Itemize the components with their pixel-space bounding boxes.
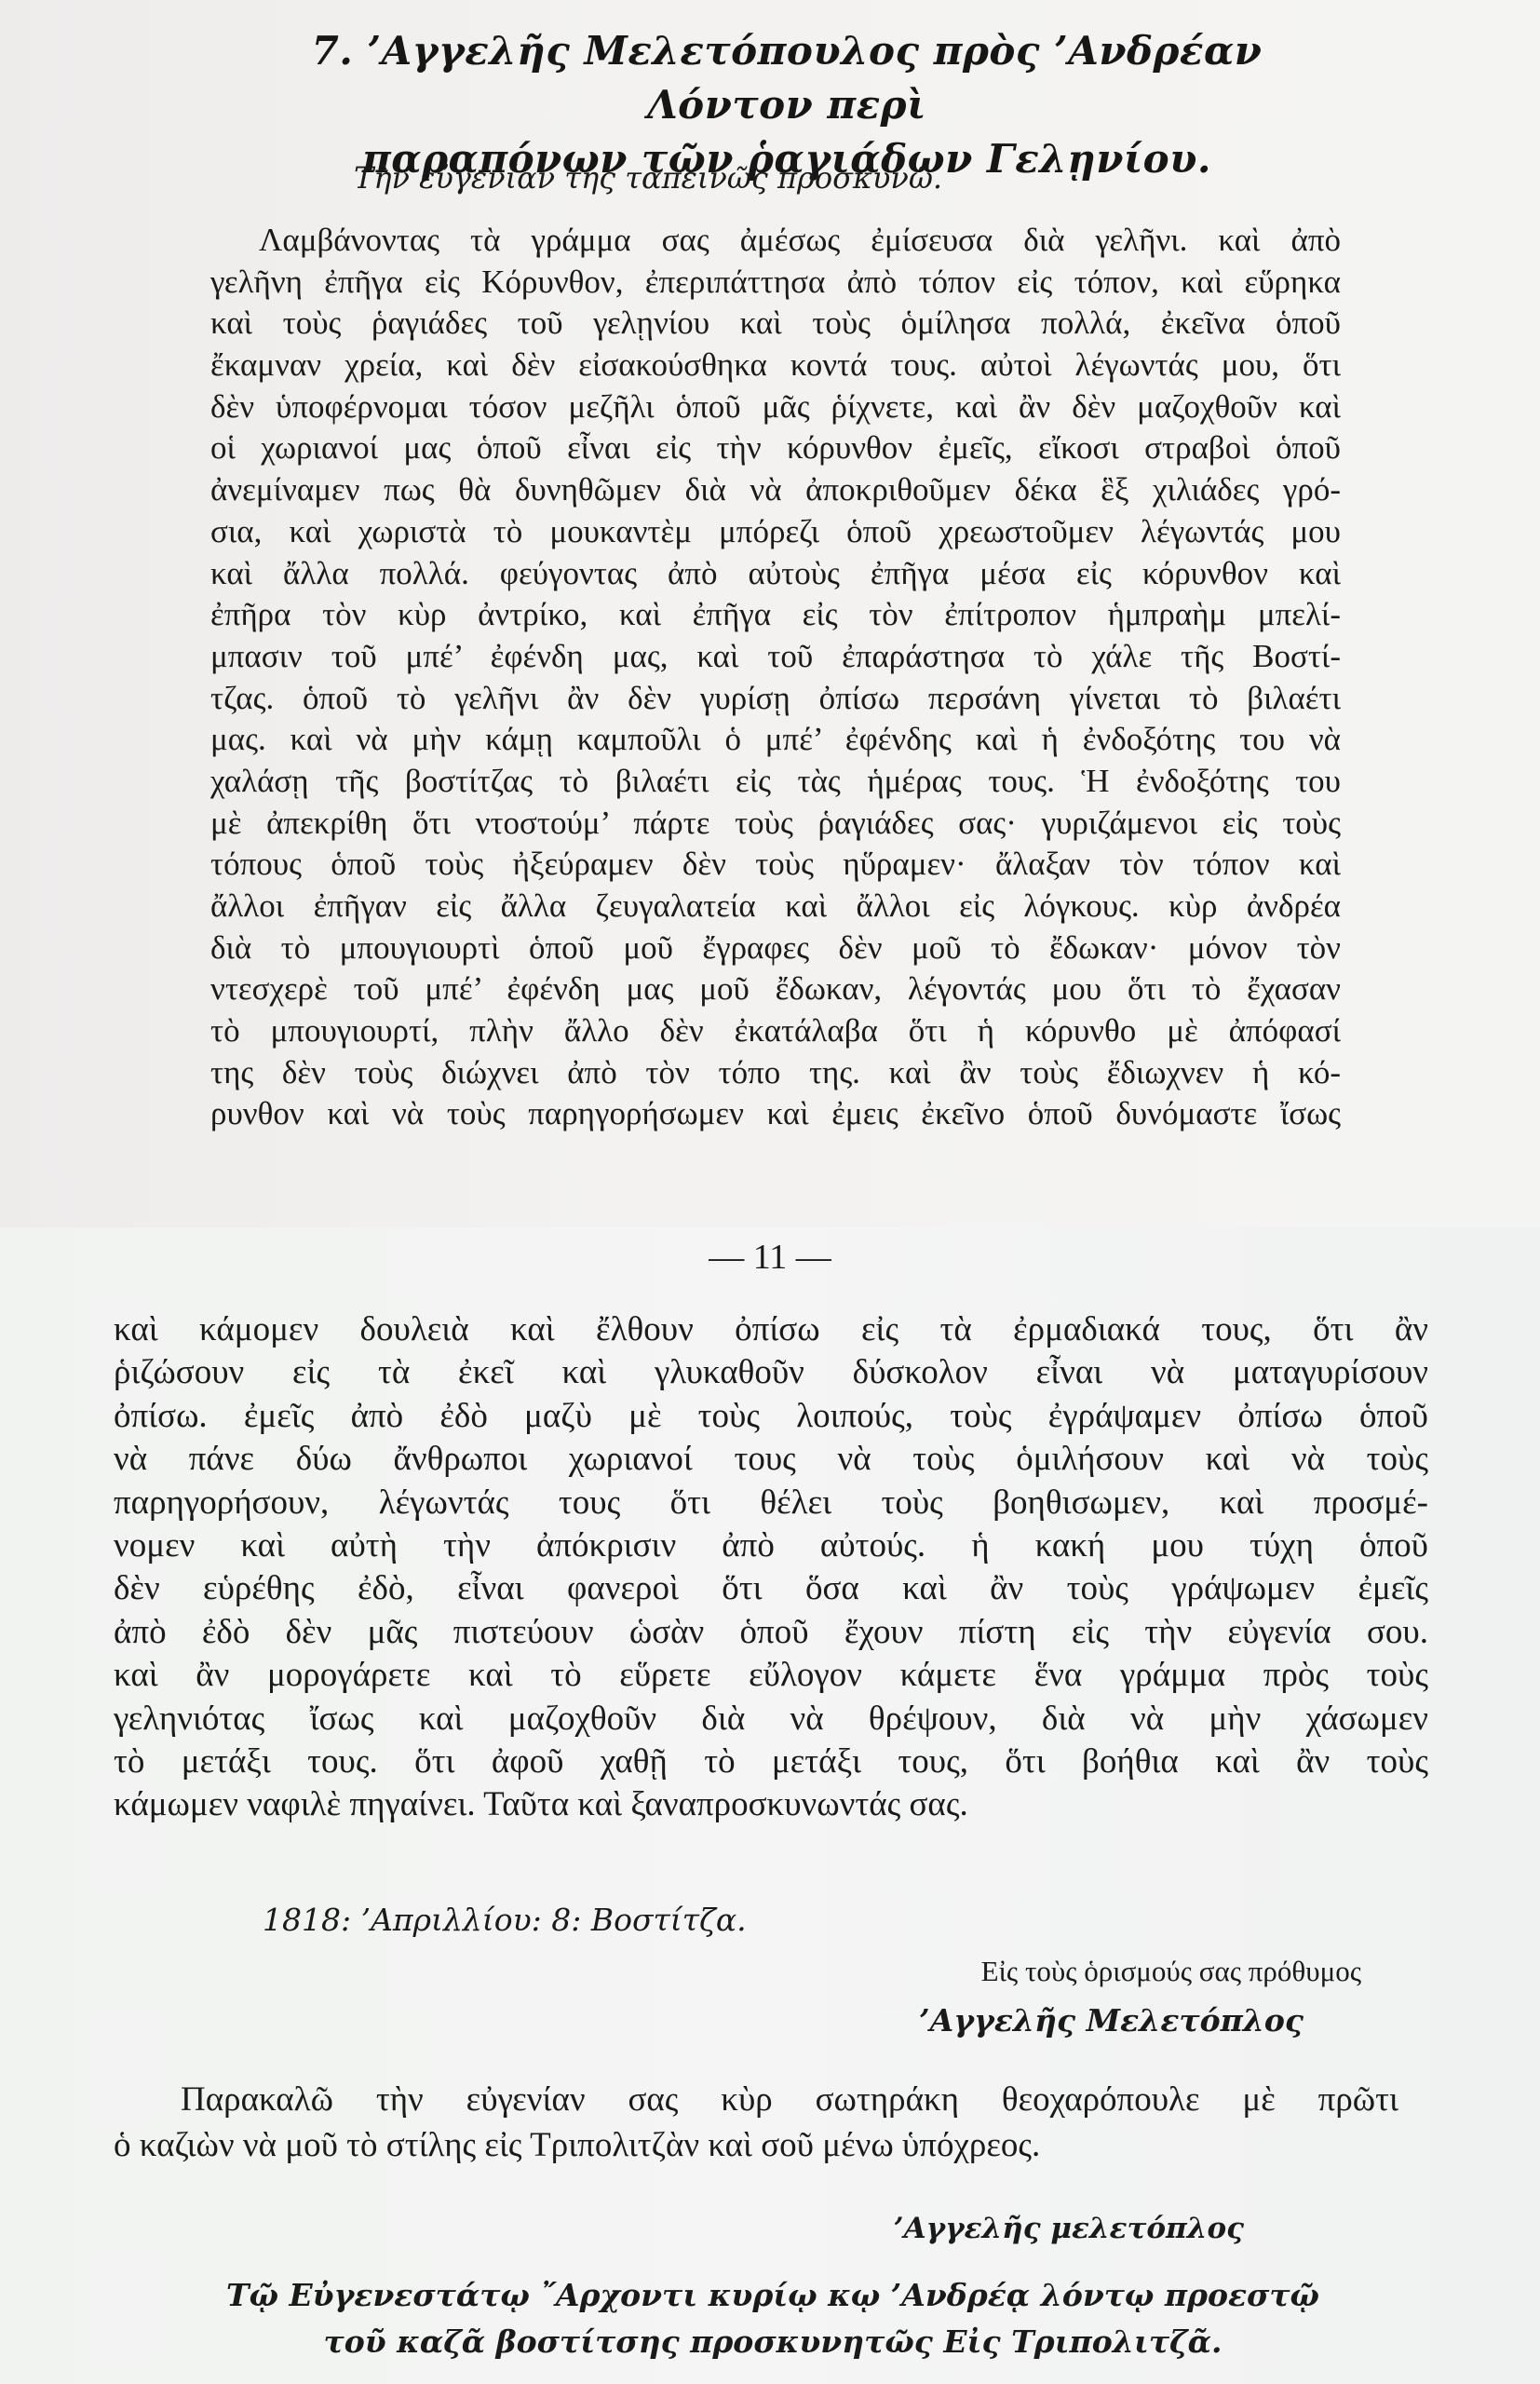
text-line: ντεσχερὲ τοῦ μπέ’ ἐφένδη μας μοῦ ἔδωκαν,… <box>210 968 1341 1010</box>
text-line: κάμωμεν ναφιλὲ πηγαίνει. Ταῦτα καὶ ξαναπ… <box>114 1783 1428 1826</box>
text-line: Λαμβάνοντας τὰ γράμμα σας ἀμέσως ἐμίσευσ… <box>210 220 1341 262</box>
text-line: ἀνεμίναμεν πως θὰ δυνηθῶμεν διὰ νὰ ἀποκρ… <box>210 469 1341 511</box>
text-line: γελῆνη ἐπῆγα εἰς Κόρυνθον, ἐπεριπάττησα … <box>210 262 1341 304</box>
closing-formula: Εἰς τοὺς ὁρισμούς σας πρόθυμος <box>0 1955 1361 1988</box>
postscript-signature: ’Αγγελῆς μελετόπλος <box>0 2212 1244 2245</box>
text-line: γεληνιότας ἴσως καὶ μαζοχθοῦν διὰ νὰ θρέ… <box>114 1698 1428 1741</box>
text-line: καὶ κάμομεν δουλειὰ καὶ ἔλθουν ὀπίσω εἰς… <box>114 1308 1428 1351</box>
salutation: Τὴν εὐγενίαν της ταπεινῶς προσκυνῶ. <box>354 160 942 196</box>
text-line: καὶ ἄλλα πολλά. φεύγοντας ἀπὸ αὐτοὺς ἐπῆ… <box>210 553 1341 595</box>
text-line: μας. καὶ νὰ μὴν κάμῃ καμποῦλι ὁ μπέ’ ἐφέ… <box>210 719 1341 761</box>
text-line: οἱ χωριανοί μας ὁποῦ εἶναι εἰς τὴν κόρυν… <box>210 427 1341 469</box>
text-line: νὰ πάνε δύω ἄνθρωποι χωριανοί τους νὰ το… <box>114 1438 1428 1481</box>
letter-body-bottom: καὶ κάμομεν δουλειὰ καὶ ἔλθουν ὀπίσω εἰς… <box>114 1308 1428 1827</box>
text-line: μπασιν τοῦ μπέ’ ἐφένδη μας, καὶ τοῦ ἐπαρ… <box>210 636 1341 678</box>
text-line: ὁ καζιὼν νὰ μοῦ τὸ στίλης εἰς Τριπολιτζὰ… <box>114 2122 1398 2168</box>
text-line: ῥιζώσουν εἰς τὰ ἐκεῖ καὶ γλυκαθοῦν δύσκο… <box>114 1351 1428 1394</box>
text-line: ἐπῆρα τὸν κὺρ ἀντρίκο, καὶ ἐπῆγα εἰς τὸν… <box>210 594 1341 636</box>
text-line: σια, καὶ χωριστὰ τὸ μουκαντὲμ μπόρεζι ὁπ… <box>210 511 1341 553</box>
page-number: — 11 — <box>0 1237 1540 1278</box>
title-line: 7. ’Αγγελῆς Μελετόπουλος πρὸς ’Ανδρέαν Λ… <box>261 24 1313 132</box>
scanned-page-top: 7. ’Αγγελῆς Μελετόπουλος πρὸς ’Ανδρέαν Λ… <box>0 0 1540 1227</box>
signature: ’Αγγελῆς Μελετόπλος <box>0 2002 1304 2039</box>
text-line: τόπους ὁποῦ τοὺς ἠξεύραμεν δὲν τοὺς ηὕρα… <box>210 844 1341 886</box>
text-line: της δὲν τοὺς διώχνει ἀπὸ τὸν τόπο της. κ… <box>210 1052 1341 1094</box>
text-line: παρηγορήσουν, λέγωντάς τους ὅτι θέλει το… <box>114 1482 1428 1524</box>
text-line: Παρακαλῶ τὴν εὐγενίαν σας κὺρ σωτηράκη θ… <box>114 2077 1398 2122</box>
text-line: τὸ μπουγιουρτί, πλὴν ἄλλο δὲν ἐκατάλαβα … <box>210 1010 1341 1052</box>
address-line: τοῦ καζᾶ βοστίτσης προσκυνητῶς Εἰς Τριπο… <box>177 2319 1369 2365</box>
text-line: νομεν καὶ αὐτὴ τὴν ἀπόκρισιν ἀπὸ αὐτούς.… <box>114 1524 1428 1567</box>
text-line: ἄλλοι ἐπῆγαν εἰς ἄλλα ζευγαλατεία καὶ ἄλ… <box>210 886 1341 928</box>
text-line: δὲν ὑποφέρνομαι τόσον μεζῆλι ὁποῦ μᾶς ῥί… <box>210 386 1341 428</box>
text-line: ρυνθον καὶ νὰ τοὺς παρηγορήσωμεν καὶ ἐμε… <box>210 1093 1341 1135</box>
text-line: δὲν εὑρέθης ἐδὸ, εἶναι φανεροὶ ὅτι ὅσα κ… <box>114 1567 1428 1610</box>
text-line: χαλάσῃ τῆς βοστίτζας τὸ βιλαέτι εἰς τὰς … <box>210 761 1341 803</box>
text-line: ἔκαμναν χρεία, καὶ δὲν εἰσακούσθηκα κοντ… <box>210 345 1341 386</box>
address-line: Τῷ Εὐγενεστάτῳ ῎Αρχοντι κυρίῳ κῳ ’Ανδρέᾳ… <box>177 2272 1369 2319</box>
text-line: καὶ τοὺς ῥαγιάδες τοῦ γελῃνίου καὶ τοὺς … <box>210 303 1341 345</box>
text-line: μὲ ἀπεκρίθη ὅτι ντοστούμ’ πάρτε τοὺς ῥαγ… <box>210 803 1341 845</box>
text-line: διὰ τὸ μπουγιουρτὶ ὁποῦ μοῦ ἔγραφες δὲν … <box>210 928 1341 969</box>
text-line: ὀπίσω. ἐμεῖς ἀπὸ ἐδὸ μαζὺ μὲ τοὺς λοιπού… <box>114 1395 1428 1438</box>
text-line: καὶ ἂν μορογάρετε καὶ τὸ εὕρετε εὔλογον … <box>114 1654 1428 1697</box>
text-line: τζας. ὁποῦ τὸ γελῆνι ἂν δὲν γυρίσῃ ὀπίσω… <box>210 678 1341 720</box>
postscript: Παρακαλῶ τὴν εὐγενίαν σας κὺρ σωτηράκη θ… <box>114 2077 1398 2168</box>
address-block: Τῷ Εὐγενεστάτῳ ῎Αρχοντι κυρίῳ κῳ ’Ανδρέᾳ… <box>177 2272 1369 2365</box>
text-line: ἀπὸ ἐδὸ δὲν μᾶς πιστεύουν ὡσὰν ὁποῦ ἔχου… <box>114 1611 1428 1654</box>
text-line: τὸ μετάξι τους. ὅτι ἀφοῦ χαθῇ τὸ μετάξι … <box>114 1741 1428 1783</box>
date-line: 1818: ’Απριλλίου: 8: Βοστίτζα. <box>263 1902 747 1938</box>
letter-body-top: Λαμβάνοντας τὰ γράμμα σας ἀμέσως ἐμίσευσ… <box>210 220 1341 1135</box>
